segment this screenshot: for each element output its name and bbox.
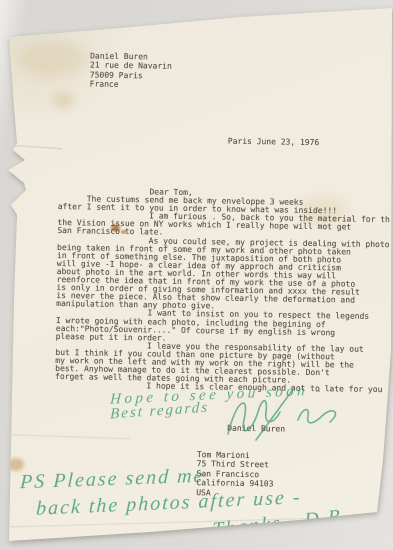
sender-address: Daniel Buren 21 rue de Navarin 75009 Par… xyxy=(90,51,172,90)
typed-text-layer: Daniel Buren 21 rue de Navarin 75009 Par… xyxy=(0,0,393,550)
recipient-address: Tom Marioni 75 Third Street San Francisc… xyxy=(196,450,274,498)
paper-shadow: Daniel Buren 21 rue de Navarin 75009 Par… xyxy=(0,0,393,550)
scanned-letter: Daniel Buren 21 rue de Navarin 75009 Par… xyxy=(0,0,393,550)
handwritten-signature-scrawl xyxy=(198,382,358,444)
letter-body: Dear Tom, The custums send me back my en… xyxy=(55,187,390,395)
letter-paper: Daniel Buren 21 rue de Navarin 75009 Par… xyxy=(0,0,393,550)
date-line: Paris June 23, 1976 xyxy=(228,137,320,147)
